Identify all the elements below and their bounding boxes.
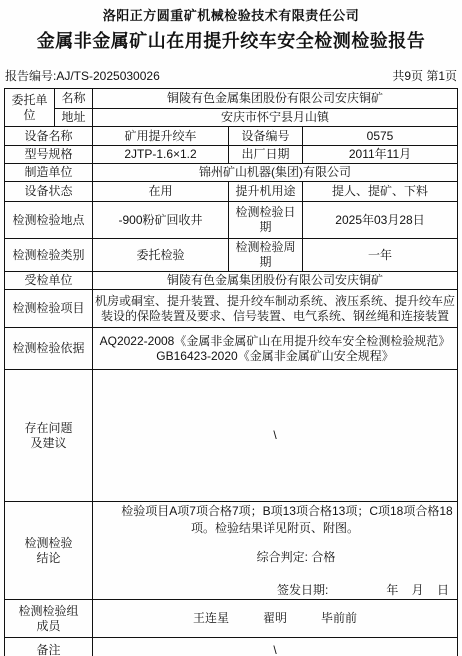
model-value: 2JTP-1.6×1.2 [93,146,229,164]
manufacturer-label: 制造单位 [5,164,93,182]
row-remark: 备注 \ [5,638,458,656]
cycle-label: 检测检验周期 [229,239,303,272]
hoist-use-value: 提人、提矿、下料 [303,182,458,202]
client-address-label: 地址 [55,109,93,127]
items-label: 检测检验项目 [5,290,93,328]
team-members: 王连星 翟明 毕前前 [93,600,458,638]
row-device-name: 设备名称 矿用提升绞车 设备编号 0575 [5,127,458,146]
basis-line-1: AQ2022-2008《金属非金属矿山在用提升绞车安全检测检验规范》 [95,334,455,349]
conclusion-label: 检测检验 结论 [5,502,93,600]
category-value: 委托检验 [93,239,229,272]
row-team: 检测检验组 成员 王连星 翟明 毕前前 [5,600,458,638]
row-location: 检测检验地点 -900粉矿回收井 检测检验日期 2025年03月28日 [5,202,458,239]
row-problems: 存在问题 及建议 \ [5,370,458,502]
manufacturer-value: 锦州矿山机器(集团)有限公司 [93,164,458,182]
inspect-date-label: 检测检验日期 [229,202,303,239]
row-client-name: 委托单位 名称 铜陵有色金属集团股份有限公司安庆铜矿 [5,89,458,109]
cycle-value: 一年 [303,239,458,272]
report-meta: 报告编号:AJ/TS-2025030026 共9页 第1页 [5,67,457,84]
location-value: -900粉矿回收井 [93,202,229,239]
team-member: 翟明 [263,611,287,626]
remark-value: \ [93,638,458,656]
items-value: 机房或硐室、提升装置、提升绞车制动系统、液压系统、提升绞车应装设的保险装置及要求… [93,290,458,328]
row-category: 检测检验类别 委托检验 检测检验周期 一年 [5,239,458,272]
problems-value: \ [93,370,458,502]
device-no-label: 设备编号 [229,127,303,146]
row-device-status: 设备状态 在用 提升机用途 提人、提矿、下料 [5,182,458,202]
sign-date-label: 签发日期: [277,583,328,598]
row-model: 型号规格 2JTP-1.6×1.2 出厂日期 2011年11月 [5,146,458,164]
basis-value: AQ2022-2008《金属非金属矿山在用提升绞车安全检测检验规范》 GB164… [93,328,458,370]
device-status-value: 在用 [93,182,229,202]
client-name-value: 铜陵有色金属集团股份有限公司安庆铜矿 [93,89,458,109]
inspected-unit-value: 铜陵有色金属集团股份有限公司安庆铜矿 [93,272,458,290]
basis-label: 检测检验依据 [5,328,93,370]
inspected-unit-label: 受检单位 [5,272,93,290]
team-member: 毕前前 [321,611,357,626]
report-number: 报告编号:AJ/TS-2025030026 [5,67,160,84]
hoist-use-label: 提升机用途 [229,182,303,202]
sign-date-line: 签发日期: 年 月 日 [95,583,455,598]
device-status-label: 设备状态 [5,182,93,202]
client-name-label: 名称 [55,89,93,109]
client-address-value: 安庆市怀宁县月山镇 [93,109,458,127]
conclusion-summary: 检验项目A项7项合格7项；B项13项合格13项；C项18项合格18项。检验结果详… [95,503,455,537]
report-title: 金属非金属矿山在用提升绞车安全检测检验报告 [4,28,458,54]
location-label: 检测检验地点 [5,202,93,239]
row-client-address: 地址 安庆市怀宁县月山镇 [5,109,458,127]
problems-label: 存在问题 及建议 [5,370,93,502]
team-members-list: 王连星 翟明 毕前前 [95,611,455,626]
team-member: 王连星 [193,611,229,626]
conclusion-cell: 检验项目A项7项合格7项；B项13项合格13项；C项18项合格18项。检验结果详… [93,502,458,600]
row-inspected-unit: 受检单位 铜陵有色金属集团股份有限公司安庆铜矿 [5,272,458,290]
company-name: 洛阳正方圆重矿机械检验技术有限责任公司 [4,7,458,25]
device-name-label: 设备名称 [5,127,93,146]
row-items: 检测检验项目 机房或硐室、提升装置、提升绞车制动系统、液压系统、提升绞车应装设的… [5,290,458,328]
factory-date-value: 2011年11月 [303,146,458,164]
row-basis: 检测检验依据 AQ2022-2008《金属非金属矿山在用提升绞车安全检测检验规范… [5,328,458,370]
report-page: 洛阳正方圆重矿机械检验技术有限责任公司 金属非金属矿山在用提升绞车安全检测检验报… [0,0,462,656]
remark-label: 备注 [5,638,93,656]
model-label: 型号规格 [5,146,93,164]
row-manufacturer: 制造单位 锦州矿山机器(集团)有限公司 [5,164,458,182]
team-label: 检测检验组 成员 [5,600,93,638]
category-label: 检测检验类别 [5,239,93,272]
client-label: 委托单位 [5,89,55,127]
inspect-date-value: 2025年03月28日 [303,202,458,239]
factory-date-label: 出厂日期 [229,146,303,164]
sign-date-units: 年 月 日 [386,583,449,598]
report-table: 委托单位 名称 铜陵有色金属集团股份有限公司安庆铜矿 地址 安庆市怀宁县月山镇 … [4,88,458,656]
conclusion-judgement: 综合判定: 合格 [137,549,455,566]
device-name-value: 矿用提升绞车 [93,127,229,146]
page-indicator: 共9页 第1页 [392,67,457,84]
device-no-value: 0575 [303,127,458,146]
row-conclusion: 检测检验 结论 检验项目A项7项合格7项；B项13项合格13项；C项18项合格1… [5,502,458,600]
basis-line-2: GB16423-2020《金属非金属矿山安全规程》 [95,349,455,364]
